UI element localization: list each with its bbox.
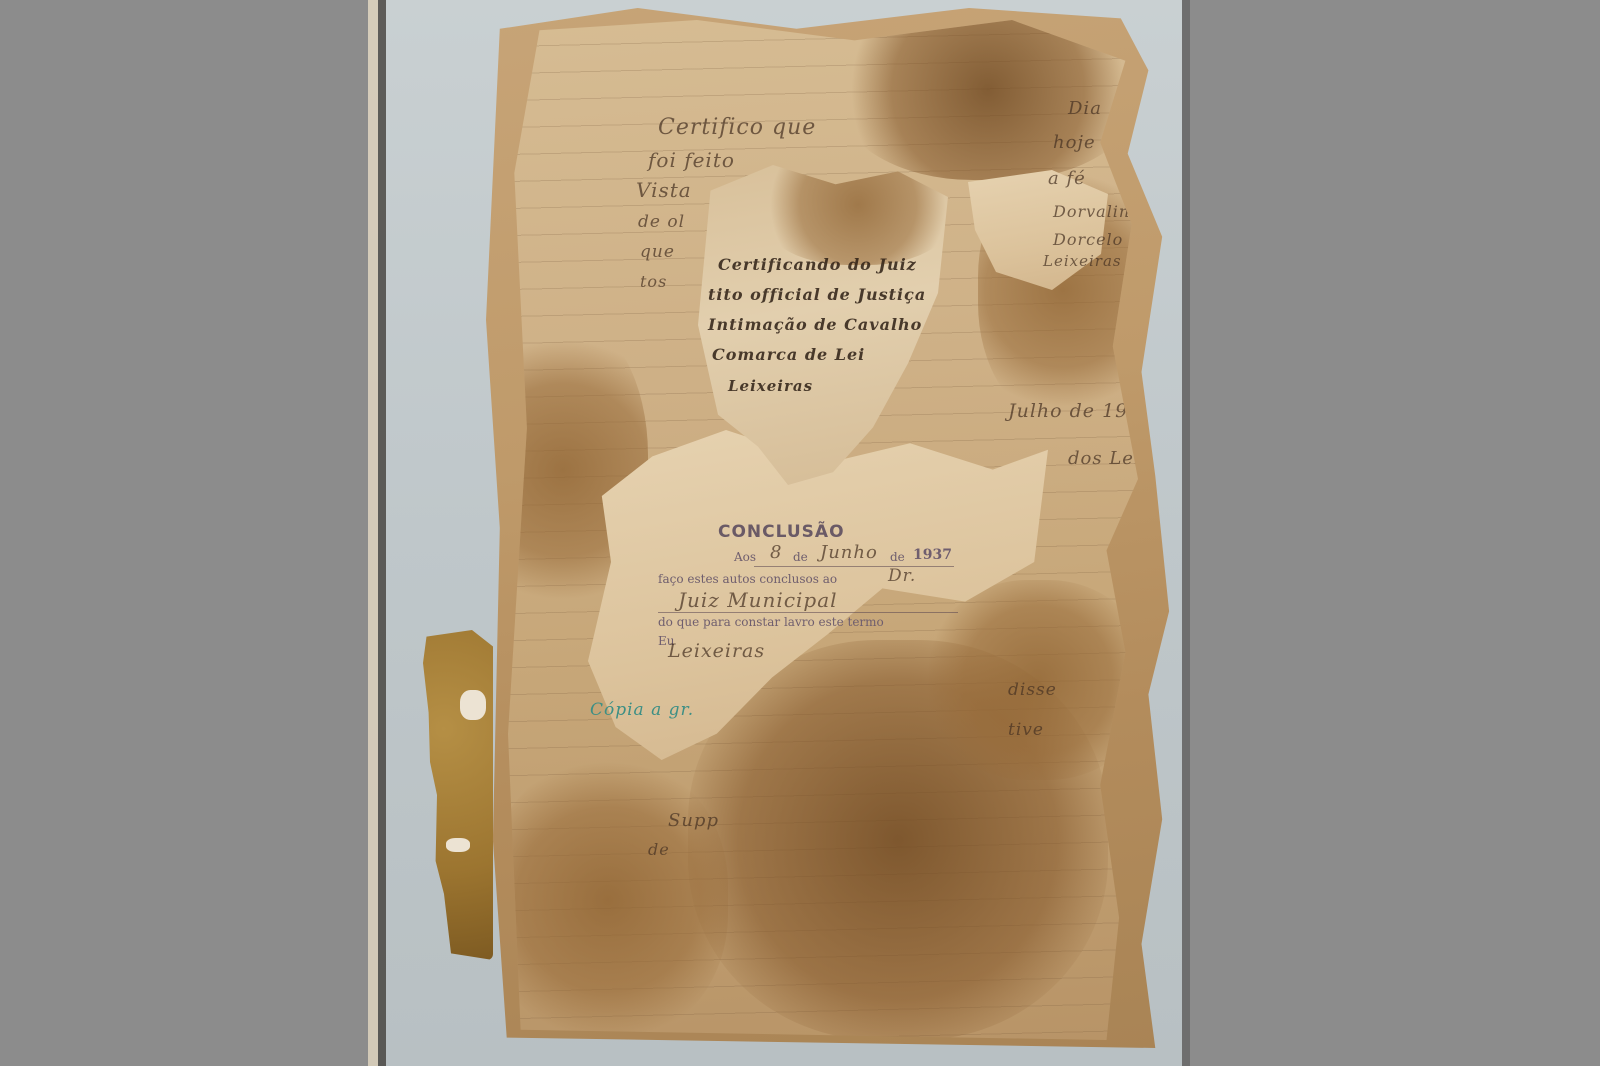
paper-flake xyxy=(460,690,486,720)
left-grey-border xyxy=(0,0,368,1066)
handwritten-signature: Leixeiras xyxy=(668,640,765,662)
handwriting-line: Certifico que xyxy=(658,115,816,140)
blue-ink-note: Cópia a gr. xyxy=(590,700,694,720)
handwriting-word: Dia xyxy=(1068,98,1102,119)
stamp-text: faço estes autos conclusos ao xyxy=(658,572,837,586)
stamp-year: 1937 xyxy=(913,547,952,563)
handwriting-word: a fé xyxy=(1048,168,1086,189)
fragment-handwriting: Comarca de Lei xyxy=(712,345,865,364)
top-page: Certifico que Dia foi feito hoje Vista a… xyxy=(508,20,1138,1040)
handwriting-word: Leixeiras xyxy=(1043,252,1122,270)
fragment-handwriting: Intimação de Cavalho xyxy=(708,315,922,334)
stamp-rule xyxy=(754,566,954,567)
handwriting-word: hoje xyxy=(1053,132,1096,153)
document-photograph: Certifico que Dia foi feito hoje Vista a… xyxy=(368,0,1190,1066)
handwritten-judge: Juiz Municipal xyxy=(678,588,838,612)
fragment-handwriting: Certificando do Juiz xyxy=(718,255,917,274)
handwritten-day: 8 xyxy=(770,542,782,563)
fragment-handwriting: tito official de Justiça xyxy=(708,285,926,304)
torn-cover-strip xyxy=(423,630,493,960)
stamp-text: Aos xyxy=(734,550,756,564)
stamp-text: de xyxy=(890,550,905,564)
handwritten-month: Junho xyxy=(820,542,878,563)
handwriting-line: Vista xyxy=(636,178,692,202)
conclusao-stamp-title: CONCLUSÃO xyxy=(718,522,845,542)
handwritten-signature: dos Leixeiras xyxy=(1068,448,1190,469)
right-grey-border xyxy=(1190,0,1600,1066)
table-edge-light xyxy=(368,0,378,1066)
handwriting-word: tos xyxy=(640,272,667,291)
table-edge-dark xyxy=(378,0,386,1066)
paper-flake xyxy=(446,838,470,852)
handwriting-word: Dorcelo xyxy=(1053,230,1123,249)
handwriting-word: disse xyxy=(1008,680,1057,700)
handwriting-line: foi feito xyxy=(648,148,735,172)
handwriting-word: de ol xyxy=(638,212,685,232)
handwriting-word: que xyxy=(640,242,675,262)
mold-stain xyxy=(488,760,728,1040)
stamp-rule xyxy=(658,612,958,613)
handwriting-word: Supp xyxy=(668,810,719,831)
photo-right-edge xyxy=(1182,0,1190,1066)
stamp-text: de xyxy=(793,550,808,564)
handwritten-title: Dr. xyxy=(888,566,916,586)
handwriting-word: de xyxy=(648,840,670,859)
fragment-handwriting: Leixeiras xyxy=(728,377,813,395)
handwriting-word: tive xyxy=(1008,720,1044,740)
stamp-text: do que para constar lavro este termo xyxy=(658,615,884,629)
